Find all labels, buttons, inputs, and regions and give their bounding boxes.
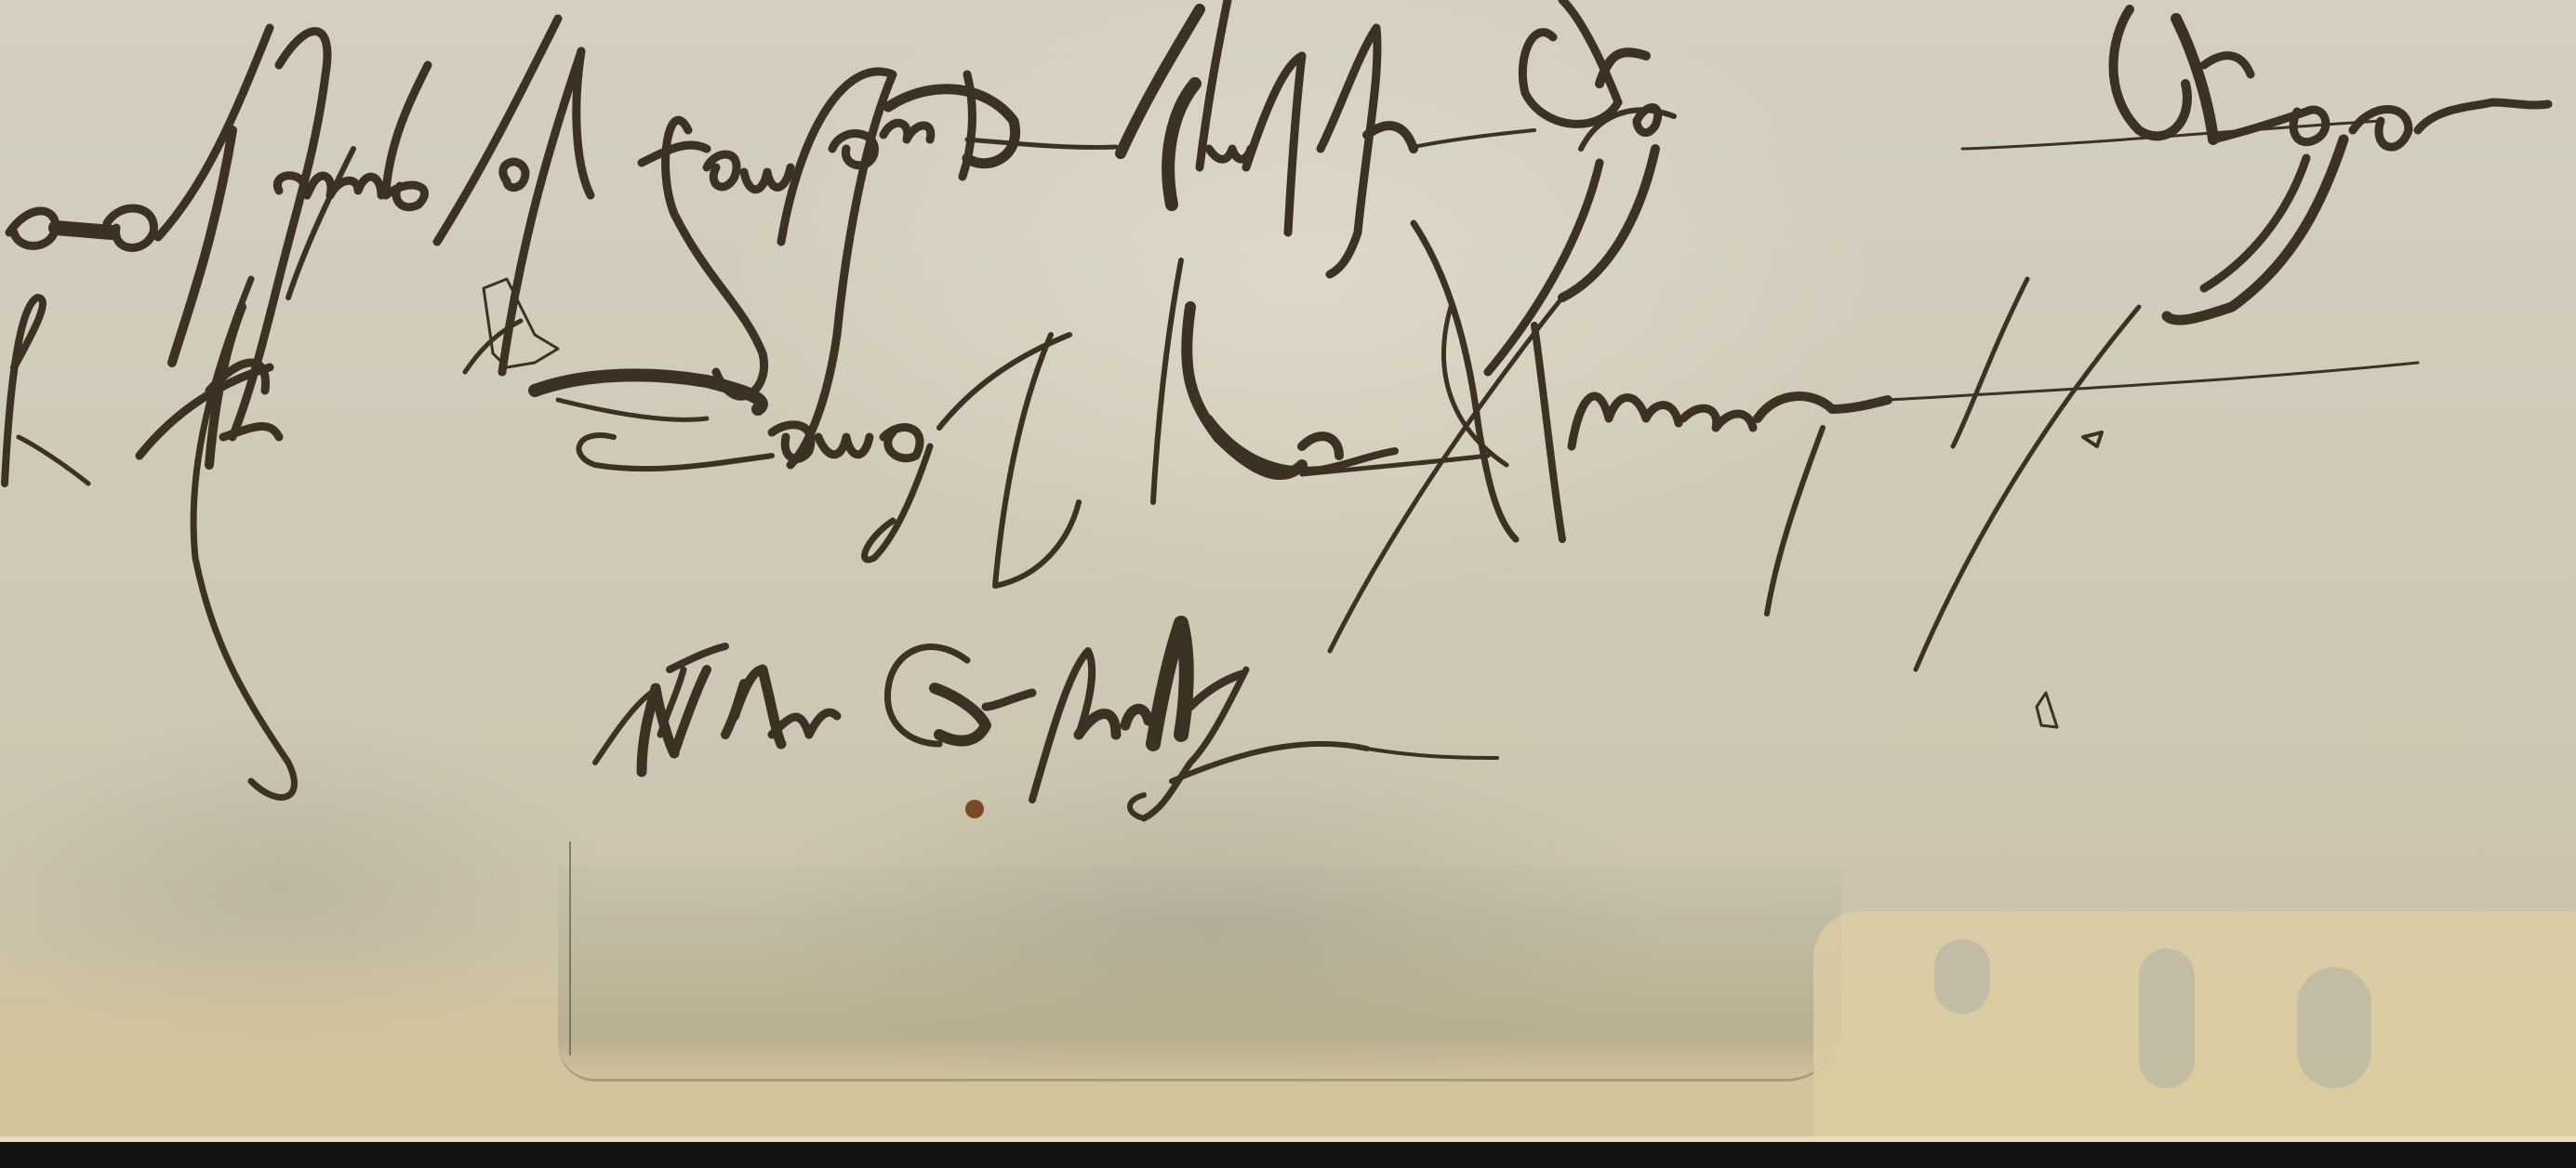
dark-backing-strip: [0, 1142, 2576, 1168]
line-2-ink: [5, 149, 2418, 797]
handwriting-ink: [0, 0, 2576, 1142]
manuscript-page: [0, 0, 2576, 1142]
line-1-ink: [9, 0, 2548, 670]
signature-ink: [595, 623, 2057, 818]
